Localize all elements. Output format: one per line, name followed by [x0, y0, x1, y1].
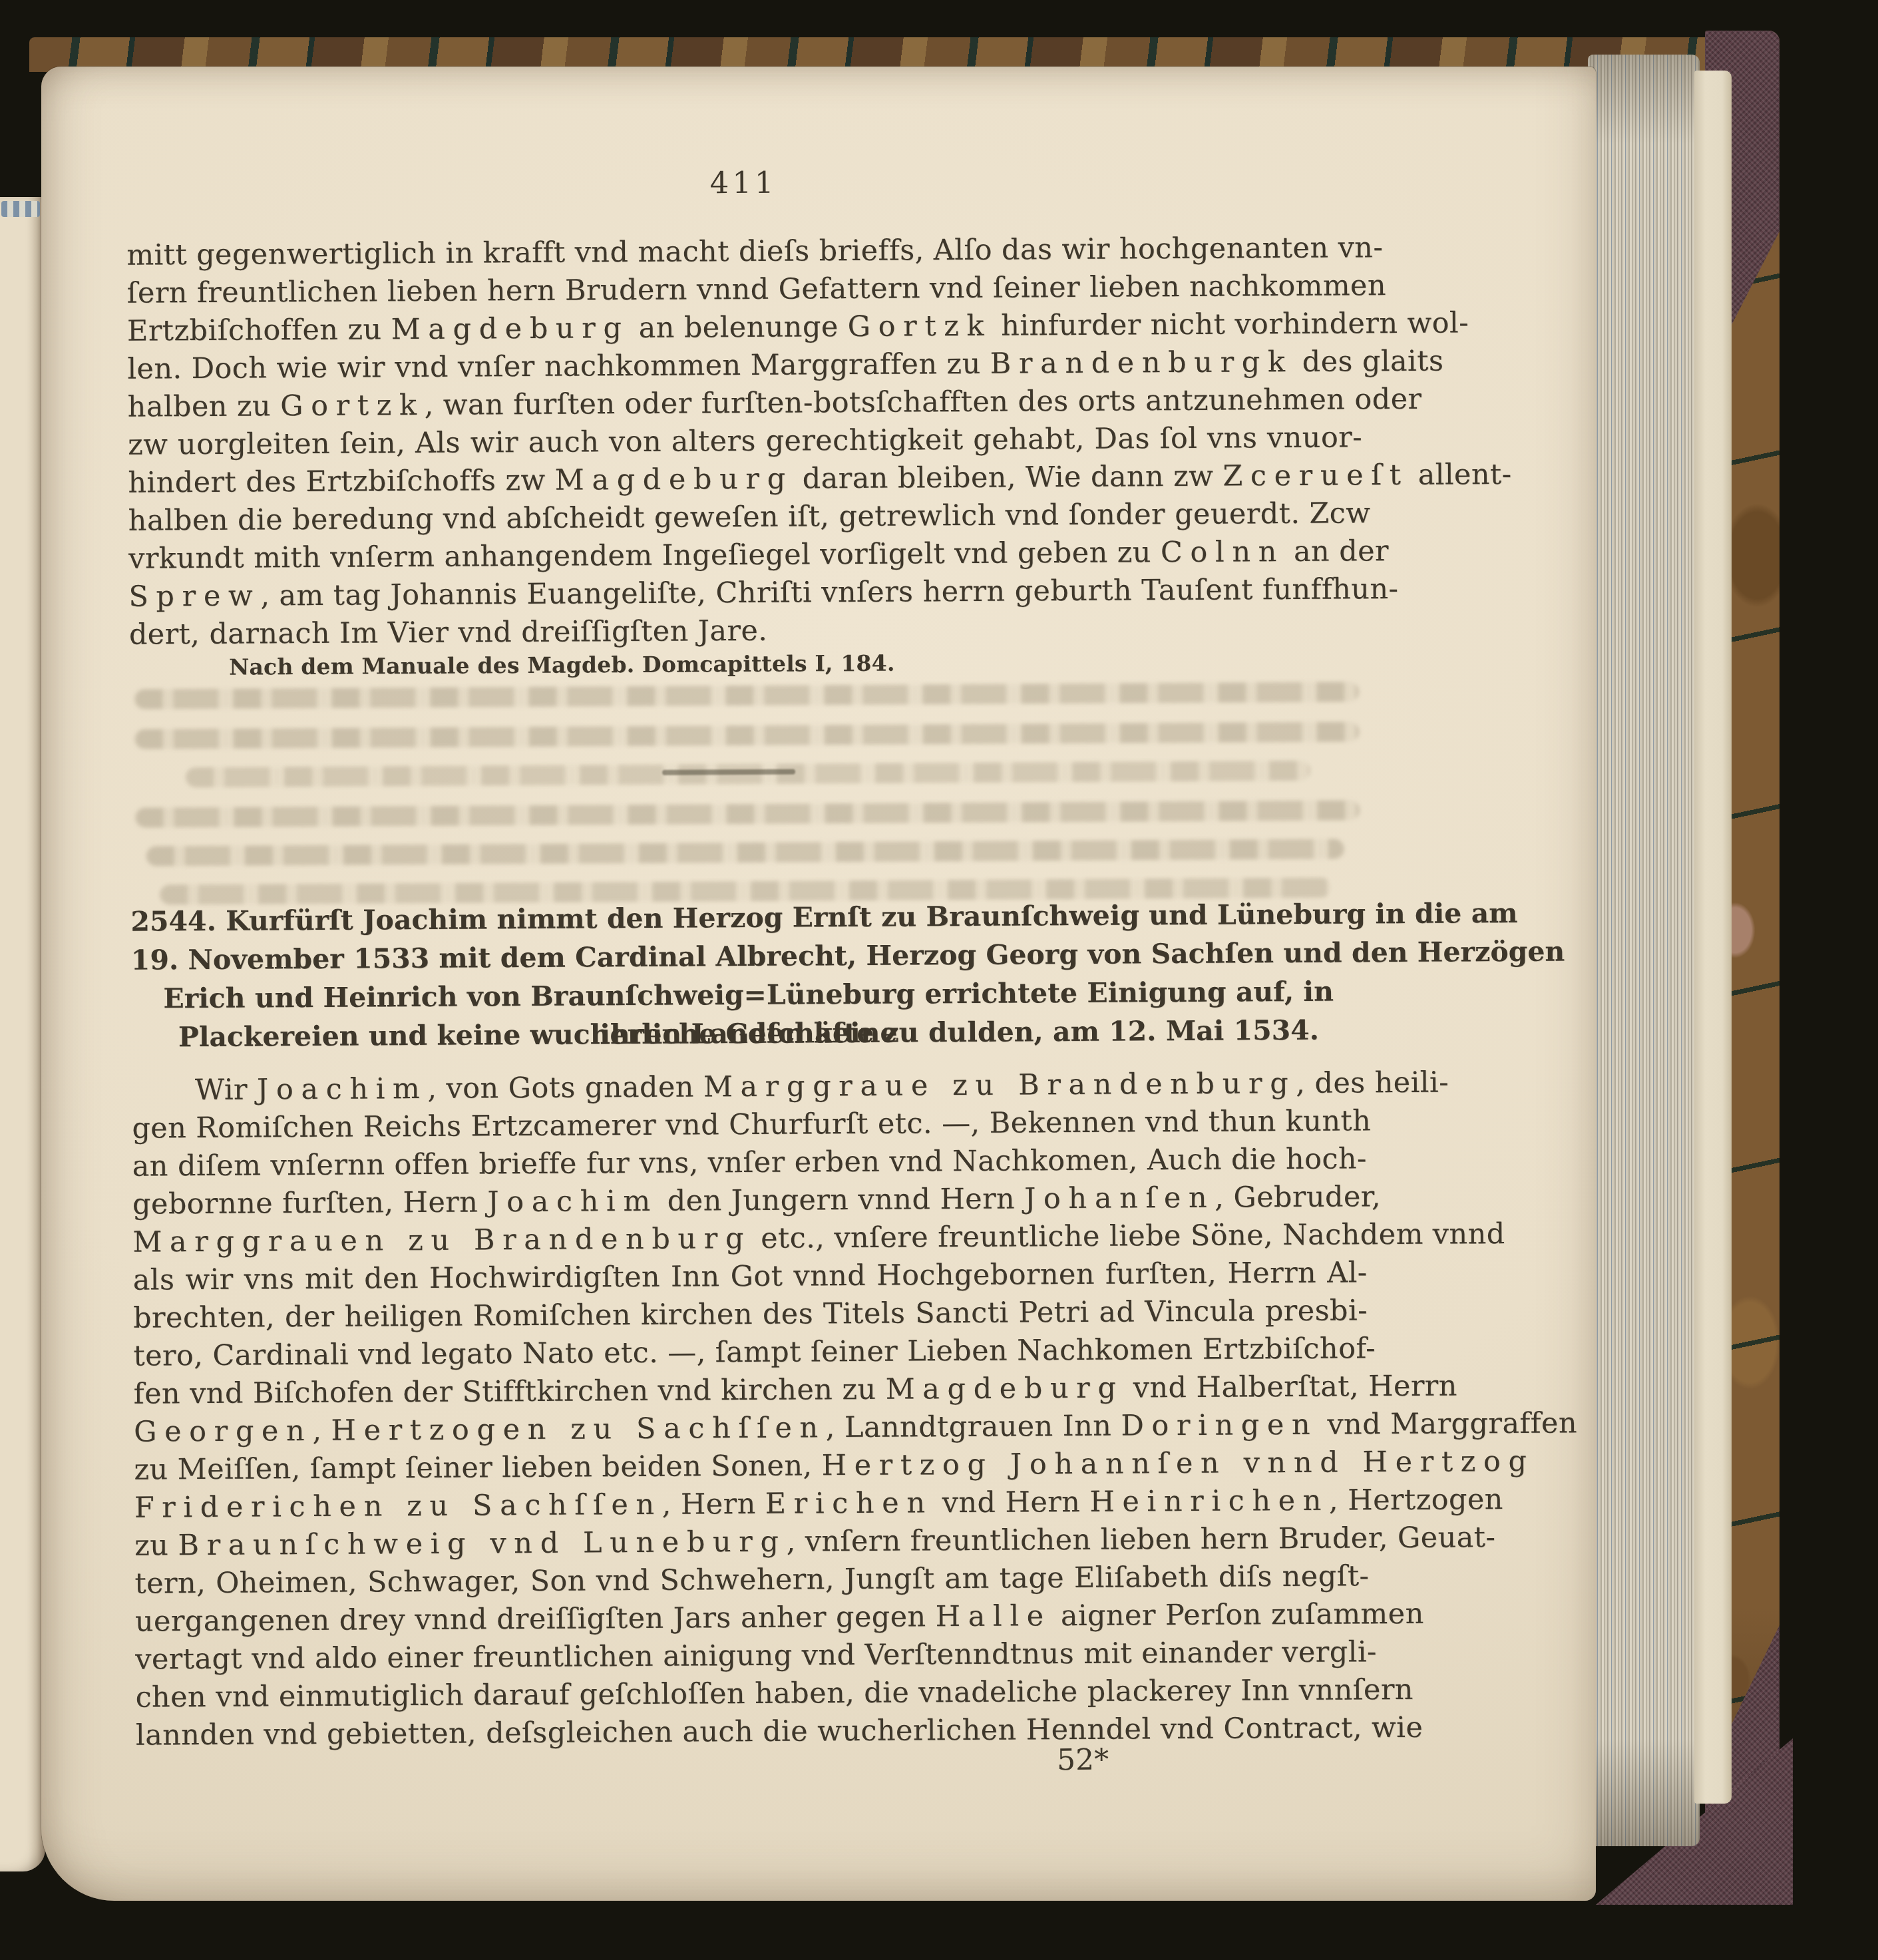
bleed-through-line [135, 721, 1360, 749]
book-page-scan: 411 mitt gegenwertiglich in krafft vnd m… [0, 0, 1878, 1960]
text-line: dert, darnach Im Vier vnd dreiſſigſten J… [129, 608, 1364, 654]
paragraph-document-2544: Wir Joachim, von Gots gnaden Marggraue z… [132, 1064, 1370, 1754]
bleed-through-line [135, 800, 1360, 827]
page-number: 411 [126, 161, 1361, 204]
facing-page-sliver [0, 197, 45, 1871]
book-page: 411 mitt gegenwertiglich in krafft vnd m… [41, 67, 1596, 1901]
headband [1, 201, 40, 217]
text-column: 411 mitt gegenwertiglich in krafft vnd m… [126, 63, 1372, 1904]
text-line: lannden vnd gebietten, deſsgleichen auch… [136, 1709, 1370, 1754]
current-leaf-edge [1694, 71, 1732, 1804]
bleed-through-line [134, 682, 1359, 709]
bleed-through-dash [662, 769, 795, 775]
heading-line: Plackereien und keine wucherliche Geſchä… [131, 1010, 1366, 1056]
entry-2544-heading: 2544. Kurfürſt Joachim nimmt den Herzog … [130, 894, 1366, 1056]
paragraph-end-of-previous-document: mitt gegenwertiglich in krafft vnd macht… [126, 229, 1364, 654]
page-stack-fore-edge [1588, 55, 1700, 1846]
signature-mark: 52* [1016, 1742, 1149, 1777]
bleed-through-line [146, 839, 1344, 867]
text-line: Sprew, am tag Johannis Euangeliſte, Chri… [128, 570, 1363, 616]
source-footnote: Nach dem Manuale des Magdeb. Domcapittel… [229, 650, 895, 680]
